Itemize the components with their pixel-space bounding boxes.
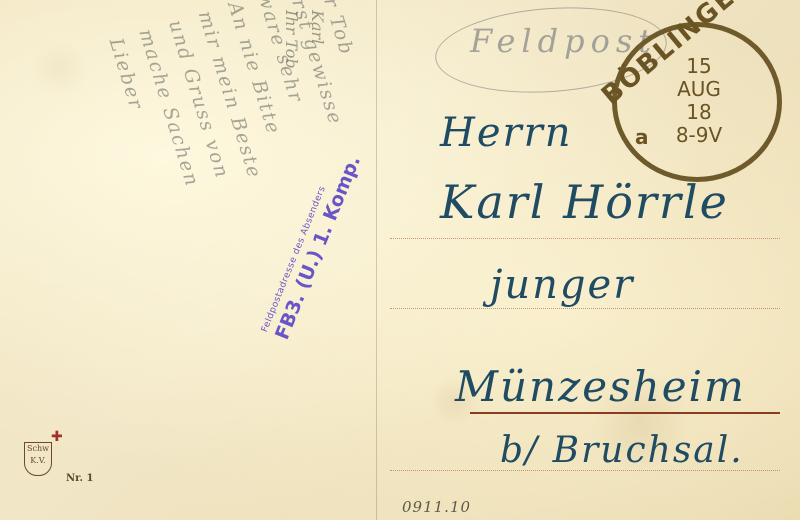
series-label: Nr. 1 <box>66 473 93 484</box>
address-line <box>390 238 780 239</box>
catalog-note: 0911.10 <box>402 498 471 516</box>
side-note: Ihr Tob <box>278 10 304 69</box>
postmark-time: 8-9V <box>669 124 729 147</box>
postcard: Ihr Tob Erst gewisse ware sehr An nie Bi… <box>0 0 800 520</box>
recipient-salutation: Herrn <box>440 110 573 156</box>
recipient-name: Karl Hörrle <box>440 175 729 229</box>
address-line <box>390 308 780 309</box>
side-note: Karl <box>304 10 330 69</box>
recipient-town: Münzesheim <box>455 362 746 411</box>
pencil-message: Ihr Tob Erst gewisse ware sehr An nie Bi… <box>0 0 454 479</box>
recipient-region: b/ Bruchsal. <box>500 430 744 471</box>
postmark-year: 18 <box>669 101 729 124</box>
postmark-letter: a <box>635 125 649 149</box>
side-notes: Karl Ihr Tob <box>278 10 330 69</box>
recipient-suffix: junger <box>490 262 634 308</box>
publisher-logo-text: Schw K.V. <box>27 444 49 465</box>
underline-stroke <box>470 412 780 414</box>
postmark-stamp: BÖBLINGEN a 15 AUG 18 8-9V <box>612 22 782 182</box>
postmark-date: 15 AUG 18 8-9V <box>669 55 729 147</box>
postmark-month: AUG <box>669 78 729 101</box>
cross-icon: ✚ <box>51 429 63 445</box>
publisher-logo-icon: Schw K.V. <box>24 442 52 476</box>
postmark-day: 15 <box>669 55 729 78</box>
